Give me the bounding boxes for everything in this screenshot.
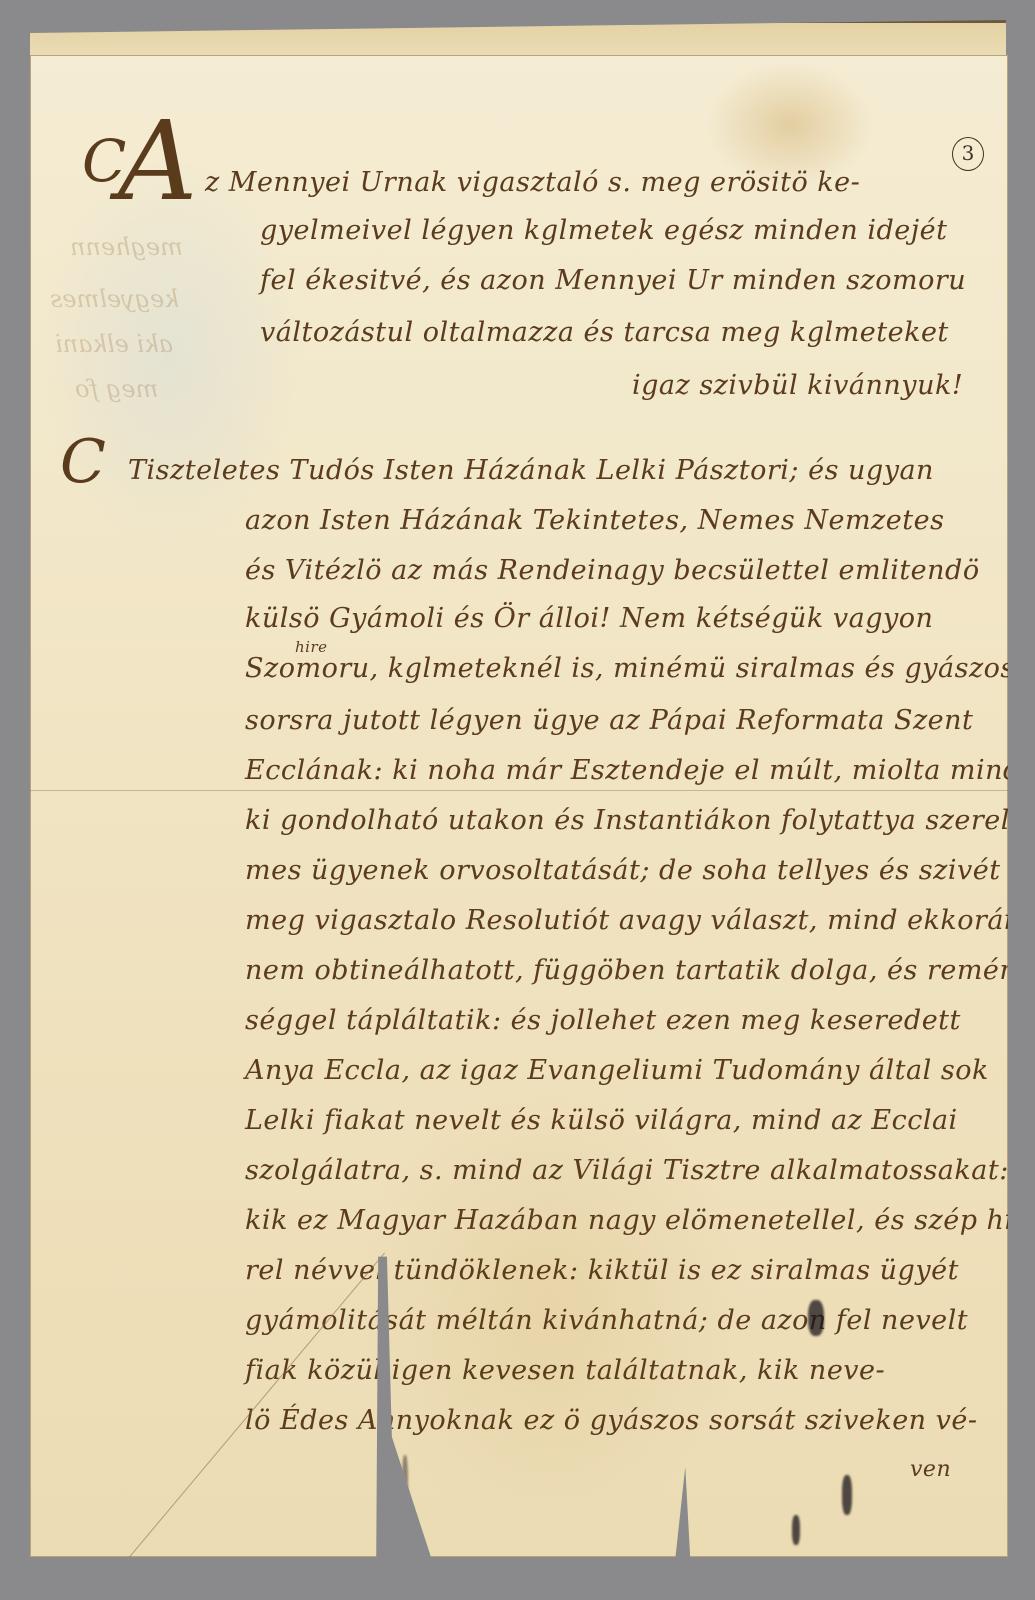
body-line: Anya Eccla, az igaz Evangeliumi Tudomány… [245, 1055, 989, 1086]
ink-stain [808, 1300, 824, 1336]
bleed-through-text: meg fo [75, 375, 158, 403]
body-line: ki gondolható utakon és Instantiákon fol… [245, 805, 1020, 836]
paragraph-mark: C [60, 427, 106, 497]
ink-stain [402, 1455, 408, 1515]
salutation-line: változástul oltalmazza és tarcsa meg kgl… [260, 317, 949, 348]
body-line: Tiszteletes Tudós Isten Házának Lelki Pá… [128, 455, 934, 486]
body-line: mes ügyenek orvosoltatását; de soha tell… [245, 855, 1001, 886]
salutation-line: z Mennyei Urnak vigasztaló s. meg erösit… [205, 167, 860, 198]
body-line: Szomoru, kglmeteknél is, minémü siralmas… [245, 653, 1015, 684]
folio-number: 3 [952, 137, 984, 171]
body-line: gyámolitását méltán kivánhatná; de azon … [245, 1305, 968, 1336]
body-line: fiak közül igen kevesen találtatnak, kik… [245, 1355, 885, 1386]
ink-stain [792, 1515, 800, 1545]
salutation-line: gyelmeivel légyen kglmetek egész minden … [260, 215, 947, 246]
body-line: sorsra jutott légyen ügye az Pápai Refor… [245, 705, 973, 736]
body-line: azon Isten Házának Tekintetes, Nemes Nem… [245, 505, 944, 536]
body-line: szolgálatra, s. mind az Világi Tisztre a… [245, 1155, 1009, 1186]
bleed-through-text: meghenn [70, 233, 183, 261]
ink-stain [842, 1475, 852, 1515]
body-line: Lelki fiakat nevelt és külsö világra, mi… [245, 1105, 958, 1136]
body-line: Ecclának: ki noha már Esztendeje el múlt… [245, 755, 1021, 786]
body-line: lö Édes Annyoknak ez ö gyászos sorsát sz… [245, 1405, 978, 1436]
salutation-line: fel ékesitvé, és azon Mennyei Ur minden … [260, 265, 966, 296]
catchword: ven [910, 1457, 951, 1482]
bleed-through-text: aki elkani [55, 330, 173, 358]
body-line: külsö Gyámoli és Ör álloi! Nem kétségük … [245, 603, 933, 634]
fold-line [30, 790, 1008, 791]
body-line: meg vigasztalo Resolutiót avagy választ,… [245, 905, 1031, 936]
body-line: séggel tápláltatik: és jollehet ezen meg… [245, 1005, 961, 1036]
manuscript-page: 3 meghenn kegyelmes aki elkani meg fo C … [30, 55, 1008, 1557]
bleed-through-text: kegyelmes [50, 285, 179, 313]
body-line: rel névvel tündöklenek: kiktül is ez sir… [245, 1255, 959, 1286]
decorated-initial: A [118, 97, 197, 225]
body-line: kik ez Magyar Hazában nagy elömenetellel… [245, 1205, 1035, 1236]
body-line: és Vitézlö az más Rendeinagy becsülettel… [245, 555, 980, 586]
salutation-line: igaz szivbül kivánnyuk! [632, 370, 963, 401]
body-line: nem obtineálhatott, függöben tartatik do… [245, 955, 1027, 986]
